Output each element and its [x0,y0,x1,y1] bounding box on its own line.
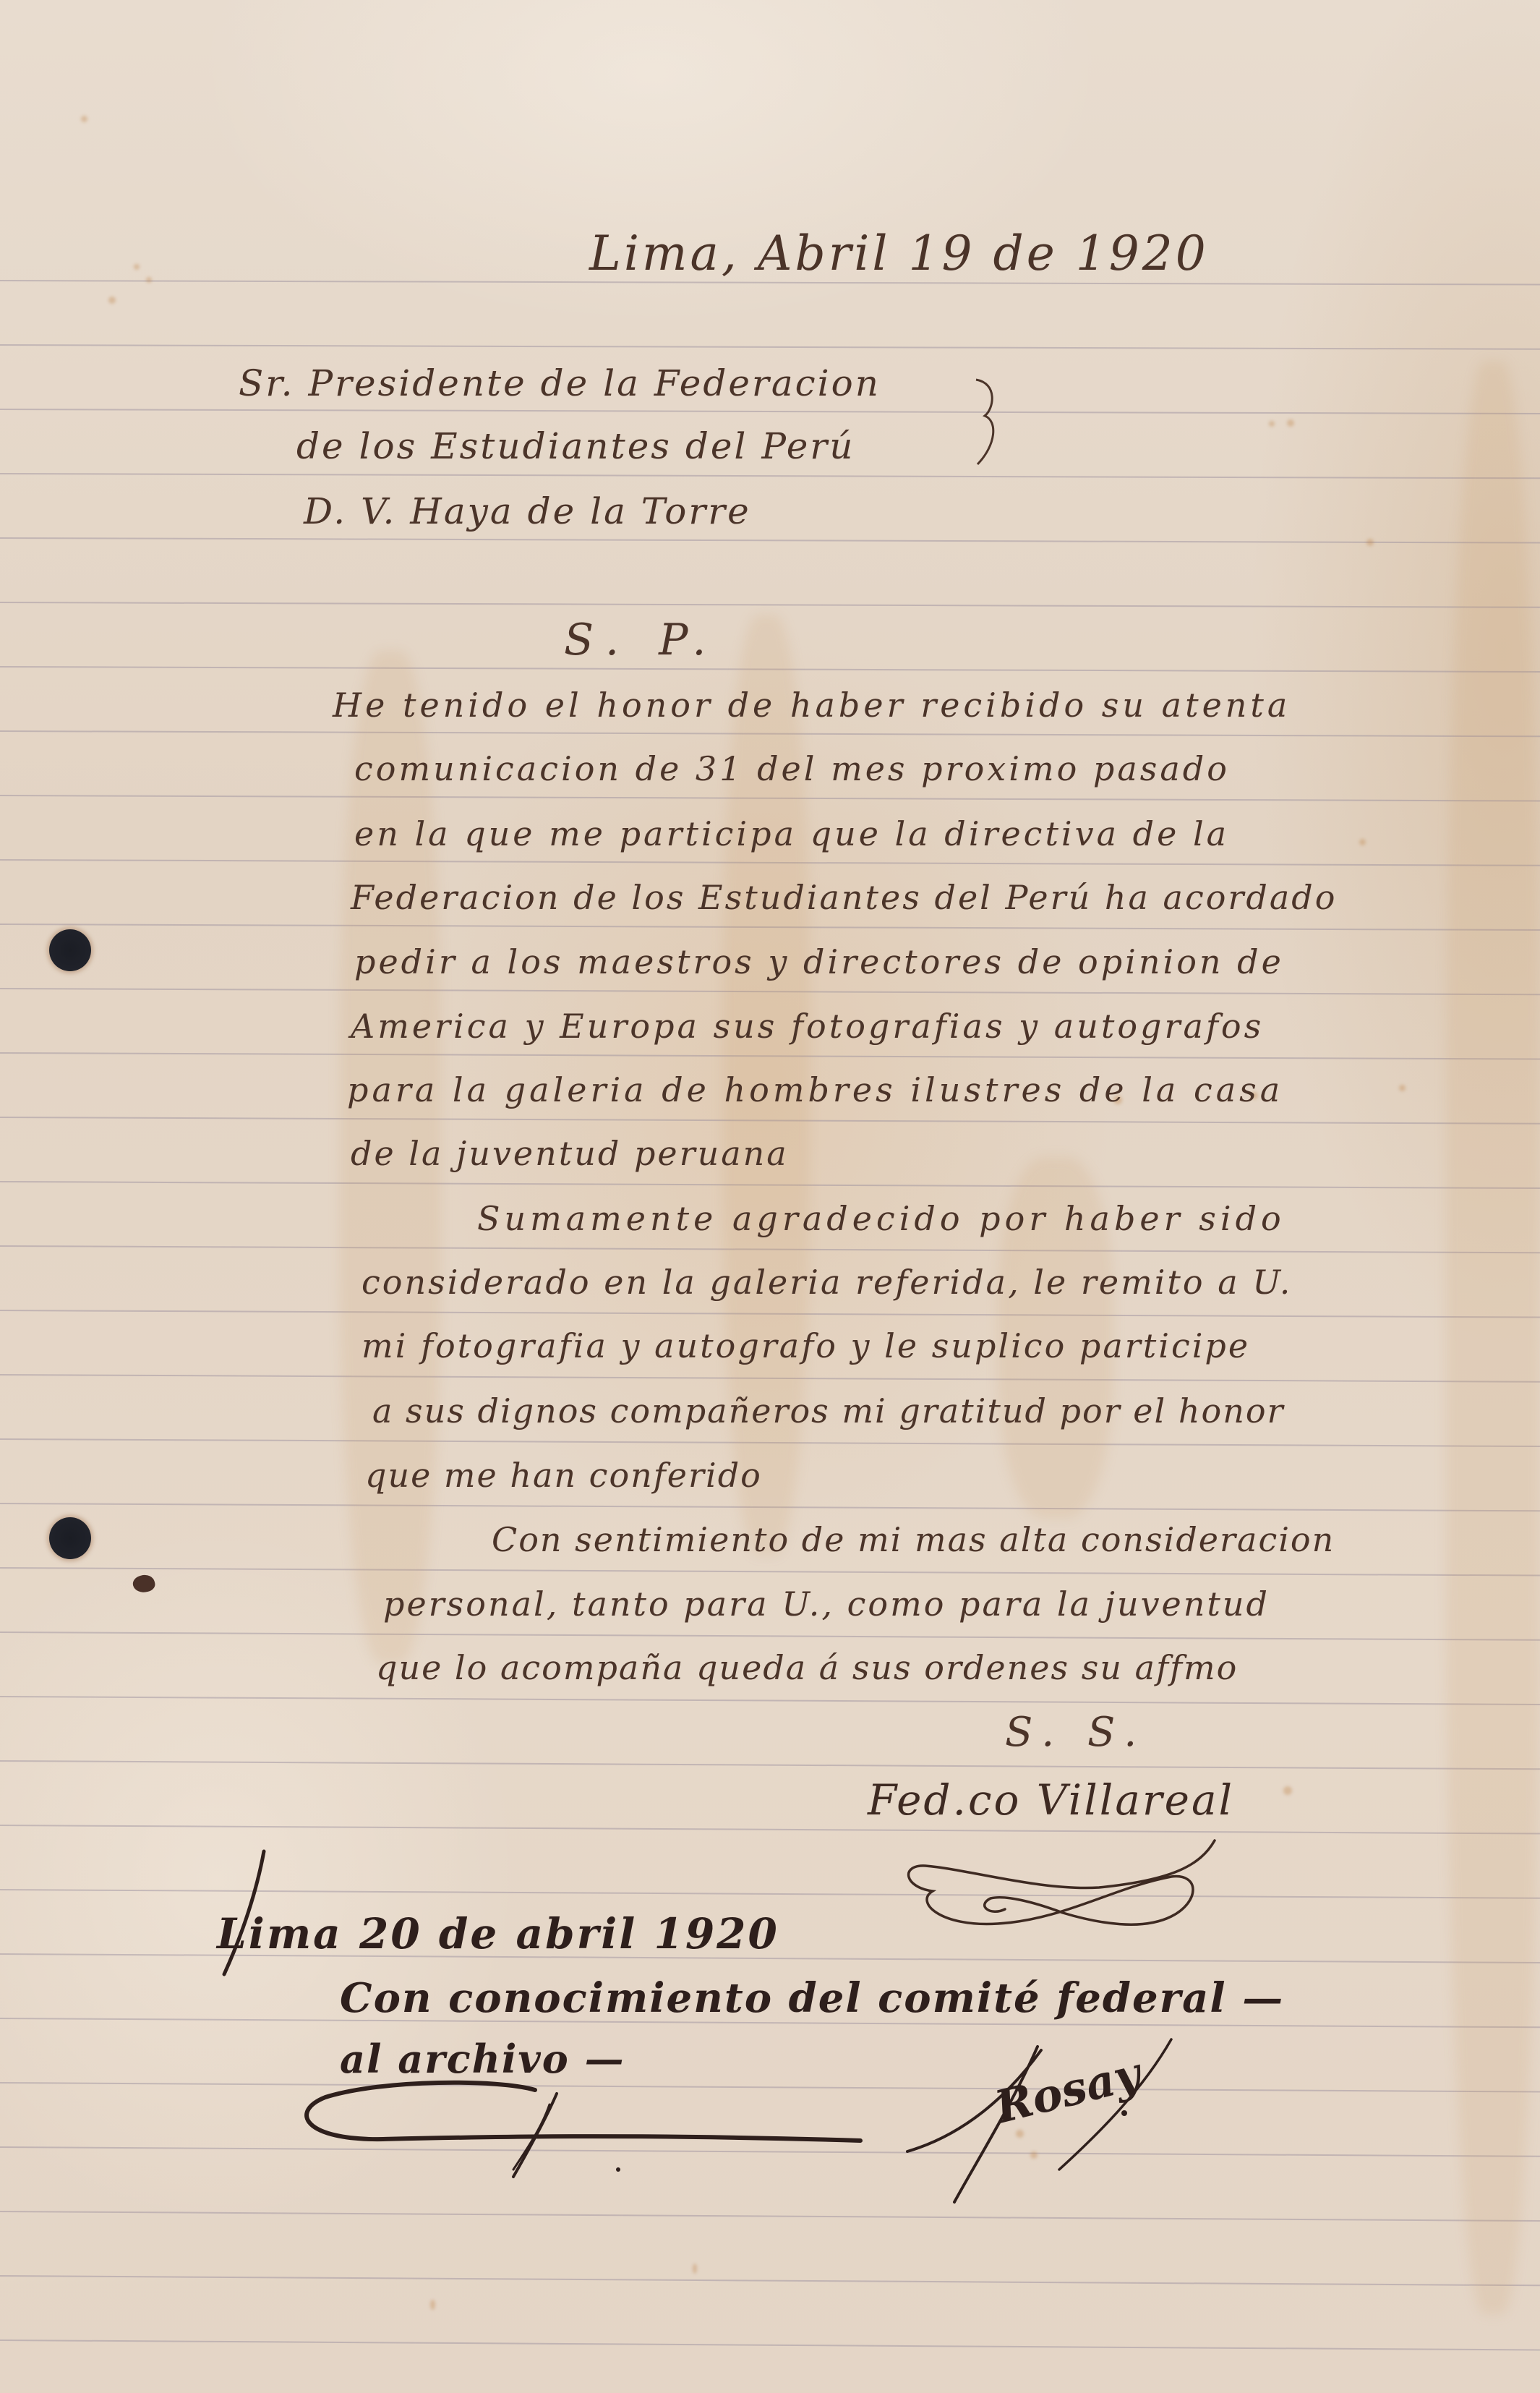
foxing-spot [693,2264,697,2274]
ink-blot [131,1573,156,1595]
annotation-line-2: al archivo — [340,2039,625,2078]
letter-page: Lima, Abril 19 de 1920 Sr. Presidente de… [0,0,1540,2393]
foxing-spot [1399,1085,1406,1091]
ruled-line [0,409,1540,414]
rosay-signature-strokes-icon [904,2025,1207,2213]
ruled-line [0,2275,1540,2286]
annotation-line-1: Con conocimiento del comité federal — [340,1978,1284,2018]
body-line: de la juventud peruana [351,1137,789,1170]
annotation-date: Lima 20 de abril 1920 [217,1913,779,1955]
letter-date: Lima, Abril 19 de 1920 [589,230,1209,278]
foxing-spot [134,264,140,270]
signature-flourish-icon [897,1837,1244,1938]
ruled-line [0,1567,1540,1577]
ruled-line [0,473,1540,479]
body-line: que lo acompaña queda á sus ordenes su a… [376,1651,1238,1684]
ruled-line [0,1696,1540,1705]
foxing-spot [1269,421,1275,427]
foxing-spot [1283,1786,1292,1795]
body-line: He tenido el honor de haber recibido su … [333,688,1291,722]
body-line: Federacion de los Estudiantes del Perú h… [351,881,1337,914]
ruled-line [0,537,1540,544]
foxing-spot [1287,419,1294,427]
body-line: para la galeria de hombres ilustres de l… [347,1073,1283,1106]
body-line: comunicacion de 31 del mes proximo pasad… [354,752,1230,785]
body-line: Sumamente agradecido por haber sido [477,1202,1286,1235]
ruled-line [0,1760,1540,1770]
foxing-spot [1366,539,1374,546]
body-line: personal, tanto para U., como para la ju… [383,1587,1270,1621]
body-line: mi fotografia y autografo y le suplico p… [362,1329,1250,1362]
addressee-line-2: de los Estudiantes del Perú [296,428,855,464]
water-stain [1446,362,1540,2314]
body-line: America y Europa sus fotografias y autog… [351,1010,1264,1043]
closing: S. S. [1005,1712,1147,1753]
addressee-line-1: Sr. Presidente de la Federacion [239,365,881,401]
salutation: S. P. [564,618,719,662]
body-line: considerado en la galeria referida, le r… [362,1266,1292,1299]
foxing-spot [146,277,152,283]
punch-hole [49,1517,91,1559]
addressee-line-3: D. V. Haya de la Torre [304,493,751,529]
ruled-line [0,602,1540,608]
foxing-spot [81,116,87,122]
body-line: pedir a los maestros y directores de opi… [354,945,1284,978]
ruled-line [0,1631,1540,1641]
ruled-line [0,1825,1540,1835]
addressee-brace-icon [969,376,1012,470]
signature-villareal: Fed.co Villareal [868,1779,1234,1821]
ruled-line [0,2211,1540,2222]
annotation-date-stroke-icon [217,1848,275,1978]
ruled-line [0,2339,1540,2351]
punch-hole [49,929,91,971]
foxing-spot [108,297,116,304]
body-line: que me han conferido [365,1459,762,1492]
body-line: en la que me participa que la directiva … [354,817,1229,850]
body-line: Con sentimiento de mi mas alta considera… [492,1523,1335,1556]
foxing-spot [430,2300,435,2310]
annotation-underline-flourish-icon [296,2083,875,2184]
foxing-spot [1359,839,1366,845]
ruled-line [0,344,1540,350]
body-line: a sus dignos compañeros mi gratitud por … [372,1394,1285,1428]
